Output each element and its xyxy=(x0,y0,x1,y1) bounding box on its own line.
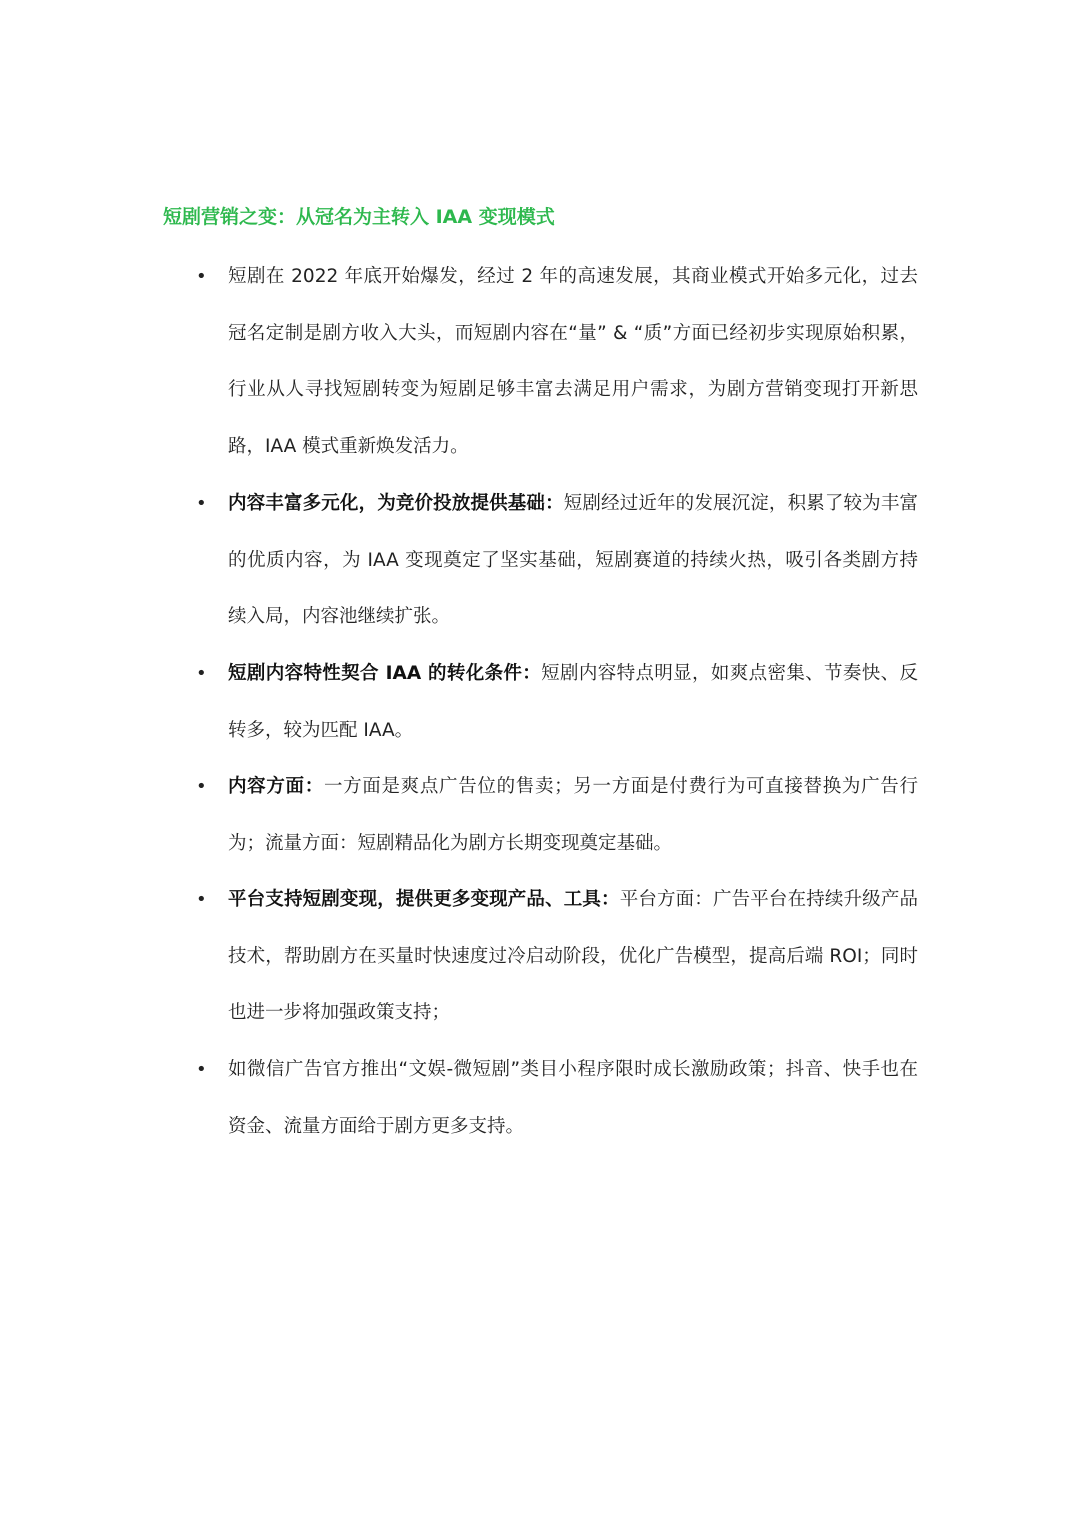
bullet-lead: 短剧内容特性契合 IAA 的转化条件： xyxy=(228,663,541,684)
bullet-text: 平台支持短剧变现，提供更多变现产品、工具：平台方面：广告平台在持续升级产品技术，… xyxy=(228,872,918,1042)
document-page: 短剧营销之变：从冠名为主转入 IAA 变现模式 • 短剧在 2022 年底开始爆… xyxy=(0,0,1080,1528)
bullet-lead: 内容丰富多元化，为竞价投放提供基础： xyxy=(228,493,564,514)
bullet-dot-icon: • xyxy=(196,886,207,914)
bullet-text: 短剧内容特性契合 IAA 的转化条件：短剧内容特点明显，如爽点密集、节奏快、反转… xyxy=(228,646,918,759)
bullet-text: 内容方面：一方面是爽点广告位的售卖；另一方面是付费行为可直接替换为广告行为；流量… xyxy=(228,759,918,872)
bullet-dot-icon: • xyxy=(196,1056,207,1084)
bullet-dot-icon: • xyxy=(196,660,207,688)
bullet-text: 短剧在 2022 年底开始爆发，经过 2 年的高速发展，其商业模式开始多元化，过… xyxy=(228,249,918,476)
bullet-dot-icon: • xyxy=(196,263,207,291)
bullet-body: 如微信广告官方推出“文娱-微短剧”类目小程序限时成长激励政策；抖音、快手也在资金… xyxy=(228,1059,918,1137)
section-title: 短剧营销之变：从冠名为主转入 IAA 变现模式 xyxy=(163,203,555,231)
bullet-dot-icon: • xyxy=(196,773,207,801)
bullet-body: 短剧在 2022 年底开始爆发，经过 2 年的高速发展，其商业模式开始多元化，过… xyxy=(228,266,918,457)
bullet-text: 如微信广告官方推出“文娱-微短剧”类目小程序限时成长激励政策；抖音、快手也在资金… xyxy=(228,1042,918,1155)
bullet-lead: 内容方面： xyxy=(228,776,324,797)
bullet-text: 内容丰富多元化，为竞价投放提供基础：短剧经过近年的发展沉淀，积累了较为丰富的优质… xyxy=(228,476,918,646)
bullet-dot-icon: • xyxy=(196,490,207,518)
bullet-body: 一方面是爽点广告位的售卖；另一方面是付费行为可直接替换为广告行为；流量方面：短剧… xyxy=(228,776,918,854)
bullet-lead: 平台支持短剧变现，提供更多变现产品、工具： xyxy=(228,889,620,910)
